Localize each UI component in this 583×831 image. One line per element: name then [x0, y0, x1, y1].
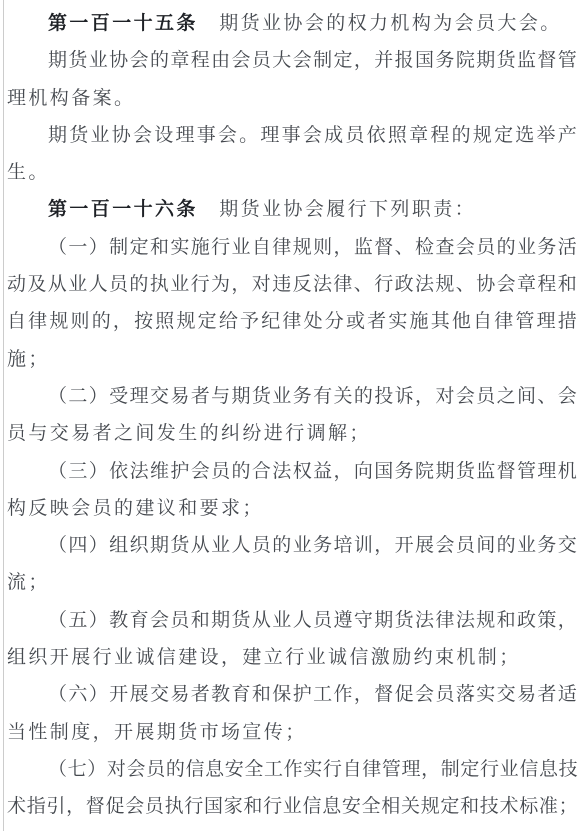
text-line: 流；	[7, 564, 578, 601]
text-line: 构反映会员的建议和要求；	[7, 490, 578, 527]
clause-5-line: （五）教育会员和期货从业人员遵守期货法律法规和政策，	[7, 602, 578, 639]
page-edge-divider	[3, 0, 4, 831]
text-line: 术指引，督促会员执行国家和行业信息安全相关规定和技术标准；	[7, 788, 578, 825]
article-116-heading-line: 第一百一十六条 期货业协会履行下列职责：	[7, 191, 578, 228]
clause-1-line: （一）制定和实施行业自律规则，监督、检查会员的业务活	[7, 229, 578, 266]
article-116-heading-text: 期货业协会履行下列职责：	[198, 199, 476, 220]
text-line: 当性制度，开展期货市场宣传；	[7, 714, 578, 751]
text-line: 期货业协会设理事会。理事会成员依照章程的规定选举产	[7, 117, 578, 154]
clause-7-line: （七）对会员的信息安全工作实行自律管理，制定行业信息技	[7, 751, 578, 788]
text-line: 自律规则的，按照规定给予纪律处分或者实施其他自律管理措	[7, 303, 578, 340]
article-115-heading-line: 第一百一十五条 期货业协会的权力机构为会员大会。	[7, 5, 578, 42]
clause-4-line: （四）组织期货从业人员的业务培训，开展会员间的业务交	[7, 527, 578, 564]
article-116-number: 第一百一十六条	[48, 199, 198, 220]
text-line: 期货业协会的章程由会员大会制定，并报国务院期货监督管	[7, 42, 578, 79]
text-line: 生。	[7, 154, 578, 191]
clause-6-line: （六）开展交易者教育和保护工作，督促会员落实交易者适	[7, 676, 578, 713]
text-line: 组织开展行业诚信建设，建立行业诚信激励约束机制；	[7, 639, 578, 676]
article-115-heading-text: 期货业协会的权力机构为会员大会。	[198, 13, 562, 34]
document-page: 第一百一十五条 期货业协会的权力机构为会员大会。 期货业协会的章程由会员大会制定…	[0, 0, 583, 831]
clause-3-line: （三）依法维护会员的合法权益，向国务院期货监督管理机	[7, 453, 578, 490]
text-line: 动及从业人员的执业行为，对违反法律、行政法规、协会章程和	[7, 266, 578, 303]
text-line: 员与交易者之间发生的纠纷进行调解；	[7, 415, 578, 452]
document-content: 第一百一十五条 期货业协会的权力机构为会员大会。 期货业协会的章程由会员大会制定…	[7, 5, 578, 826]
clause-2-line: （二）受理交易者与期货业务有关的投诉，对会员之间、会	[7, 378, 578, 415]
text-line: 理机构备案。	[7, 80, 578, 117]
article-115-number: 第一百一十五条	[48, 13, 198, 34]
text-line: 施；	[7, 341, 578, 378]
